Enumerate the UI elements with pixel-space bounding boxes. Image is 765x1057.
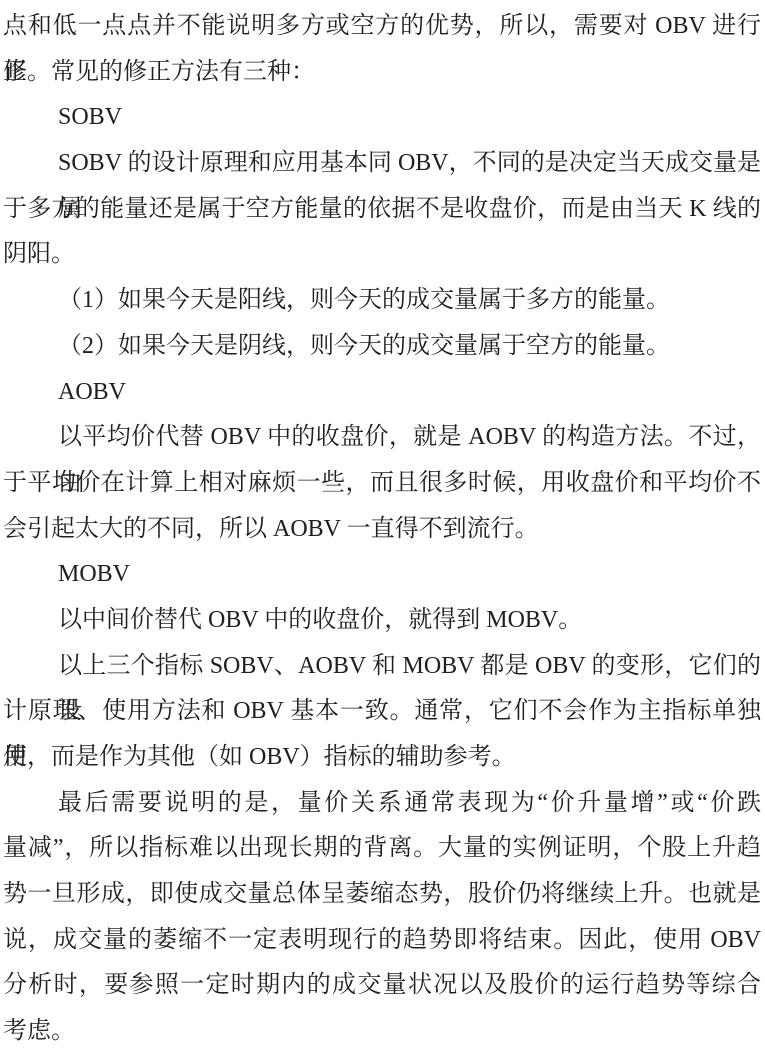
- body-text: 点和低一点点并不能说明多方或空方的优势，所以，需要对 OBV 进行修正。常见的修…: [3, 4, 761, 1055]
- text-line: 于平均价在计算上相对麻烦一些，而且很多时候，用收盘价和平均价不: [3, 461, 761, 507]
- text-line: 于多方的能量还是属于空方能量的依据不是收盘价，而是由当天 K 线的: [3, 187, 761, 233]
- text-line: 势一旦形成，即使成交量总体呈萎缩态势，股价仍将继续上升。也就是: [3, 872, 761, 918]
- book-page: 点和低一点点并不能说明多方或空方的优势，所以，需要对 OBV 进行修正。常见的修…: [0, 0, 765, 1057]
- text-line: MOBV: [3, 552, 761, 598]
- text-line: 分析时，要参照一定时期内的成交量状况以及股价的运行趋势等综合: [3, 963, 761, 1009]
- text-line: SOBV 的设计原理和应用基本同 OBV，不同的是决定当天成交量是属: [3, 141, 761, 187]
- text-line: 正。常见的修正方法有三种：: [3, 50, 761, 96]
- text-line: 阴阳。: [3, 232, 761, 278]
- text-line: 以中间价替代 OBV 中的收盘价，就得到 MOBV。: [3, 598, 761, 644]
- text-line: 考虑。: [3, 1009, 761, 1055]
- text-line: SOBV: [3, 95, 761, 141]
- text-line: 以上三个指标 SOBV、AOBV 和 MOBV 都是 OBV 的变形，它们的设: [3, 644, 761, 690]
- text-line: 说，成交量的萎缩不一定表明现行的趋势即将结束。因此，使用 OBV: [3, 918, 761, 964]
- text-line: 量减”，所以指标难以出现长期的背离。大量的实例证明，个股上升趋: [3, 826, 761, 872]
- text-line: （2）如果今天是阴线，则今天的成交量属于空方的能量。: [3, 324, 761, 370]
- text-line: 以平均价代替 OBV 中的收盘价，就是 AOBV 的构造方法。不过，由: [3, 415, 761, 461]
- text-line: AOBV: [3, 370, 761, 416]
- text-line: 最后需要说明的是，量价关系通常表现为“价升量增”或“价跌: [3, 781, 761, 827]
- text-line: （1）如果今天是阳线，则今天的成交量属于多方的能量。: [3, 278, 761, 324]
- text-line: 用，而是作为其他（如 OBV）指标的辅助参考。: [3, 735, 761, 781]
- text-line: 会引起太大的不同，所以 AOBV 一直得不到流行。: [3, 507, 761, 553]
- text-line: 计原理、使用方法和 OBV 基本一致。通常，它们不会作为主指标单独使: [3, 689, 761, 735]
- text-line: 点和低一点点并不能说明多方或空方的优势，所以，需要对 OBV 进行修: [3, 4, 761, 50]
